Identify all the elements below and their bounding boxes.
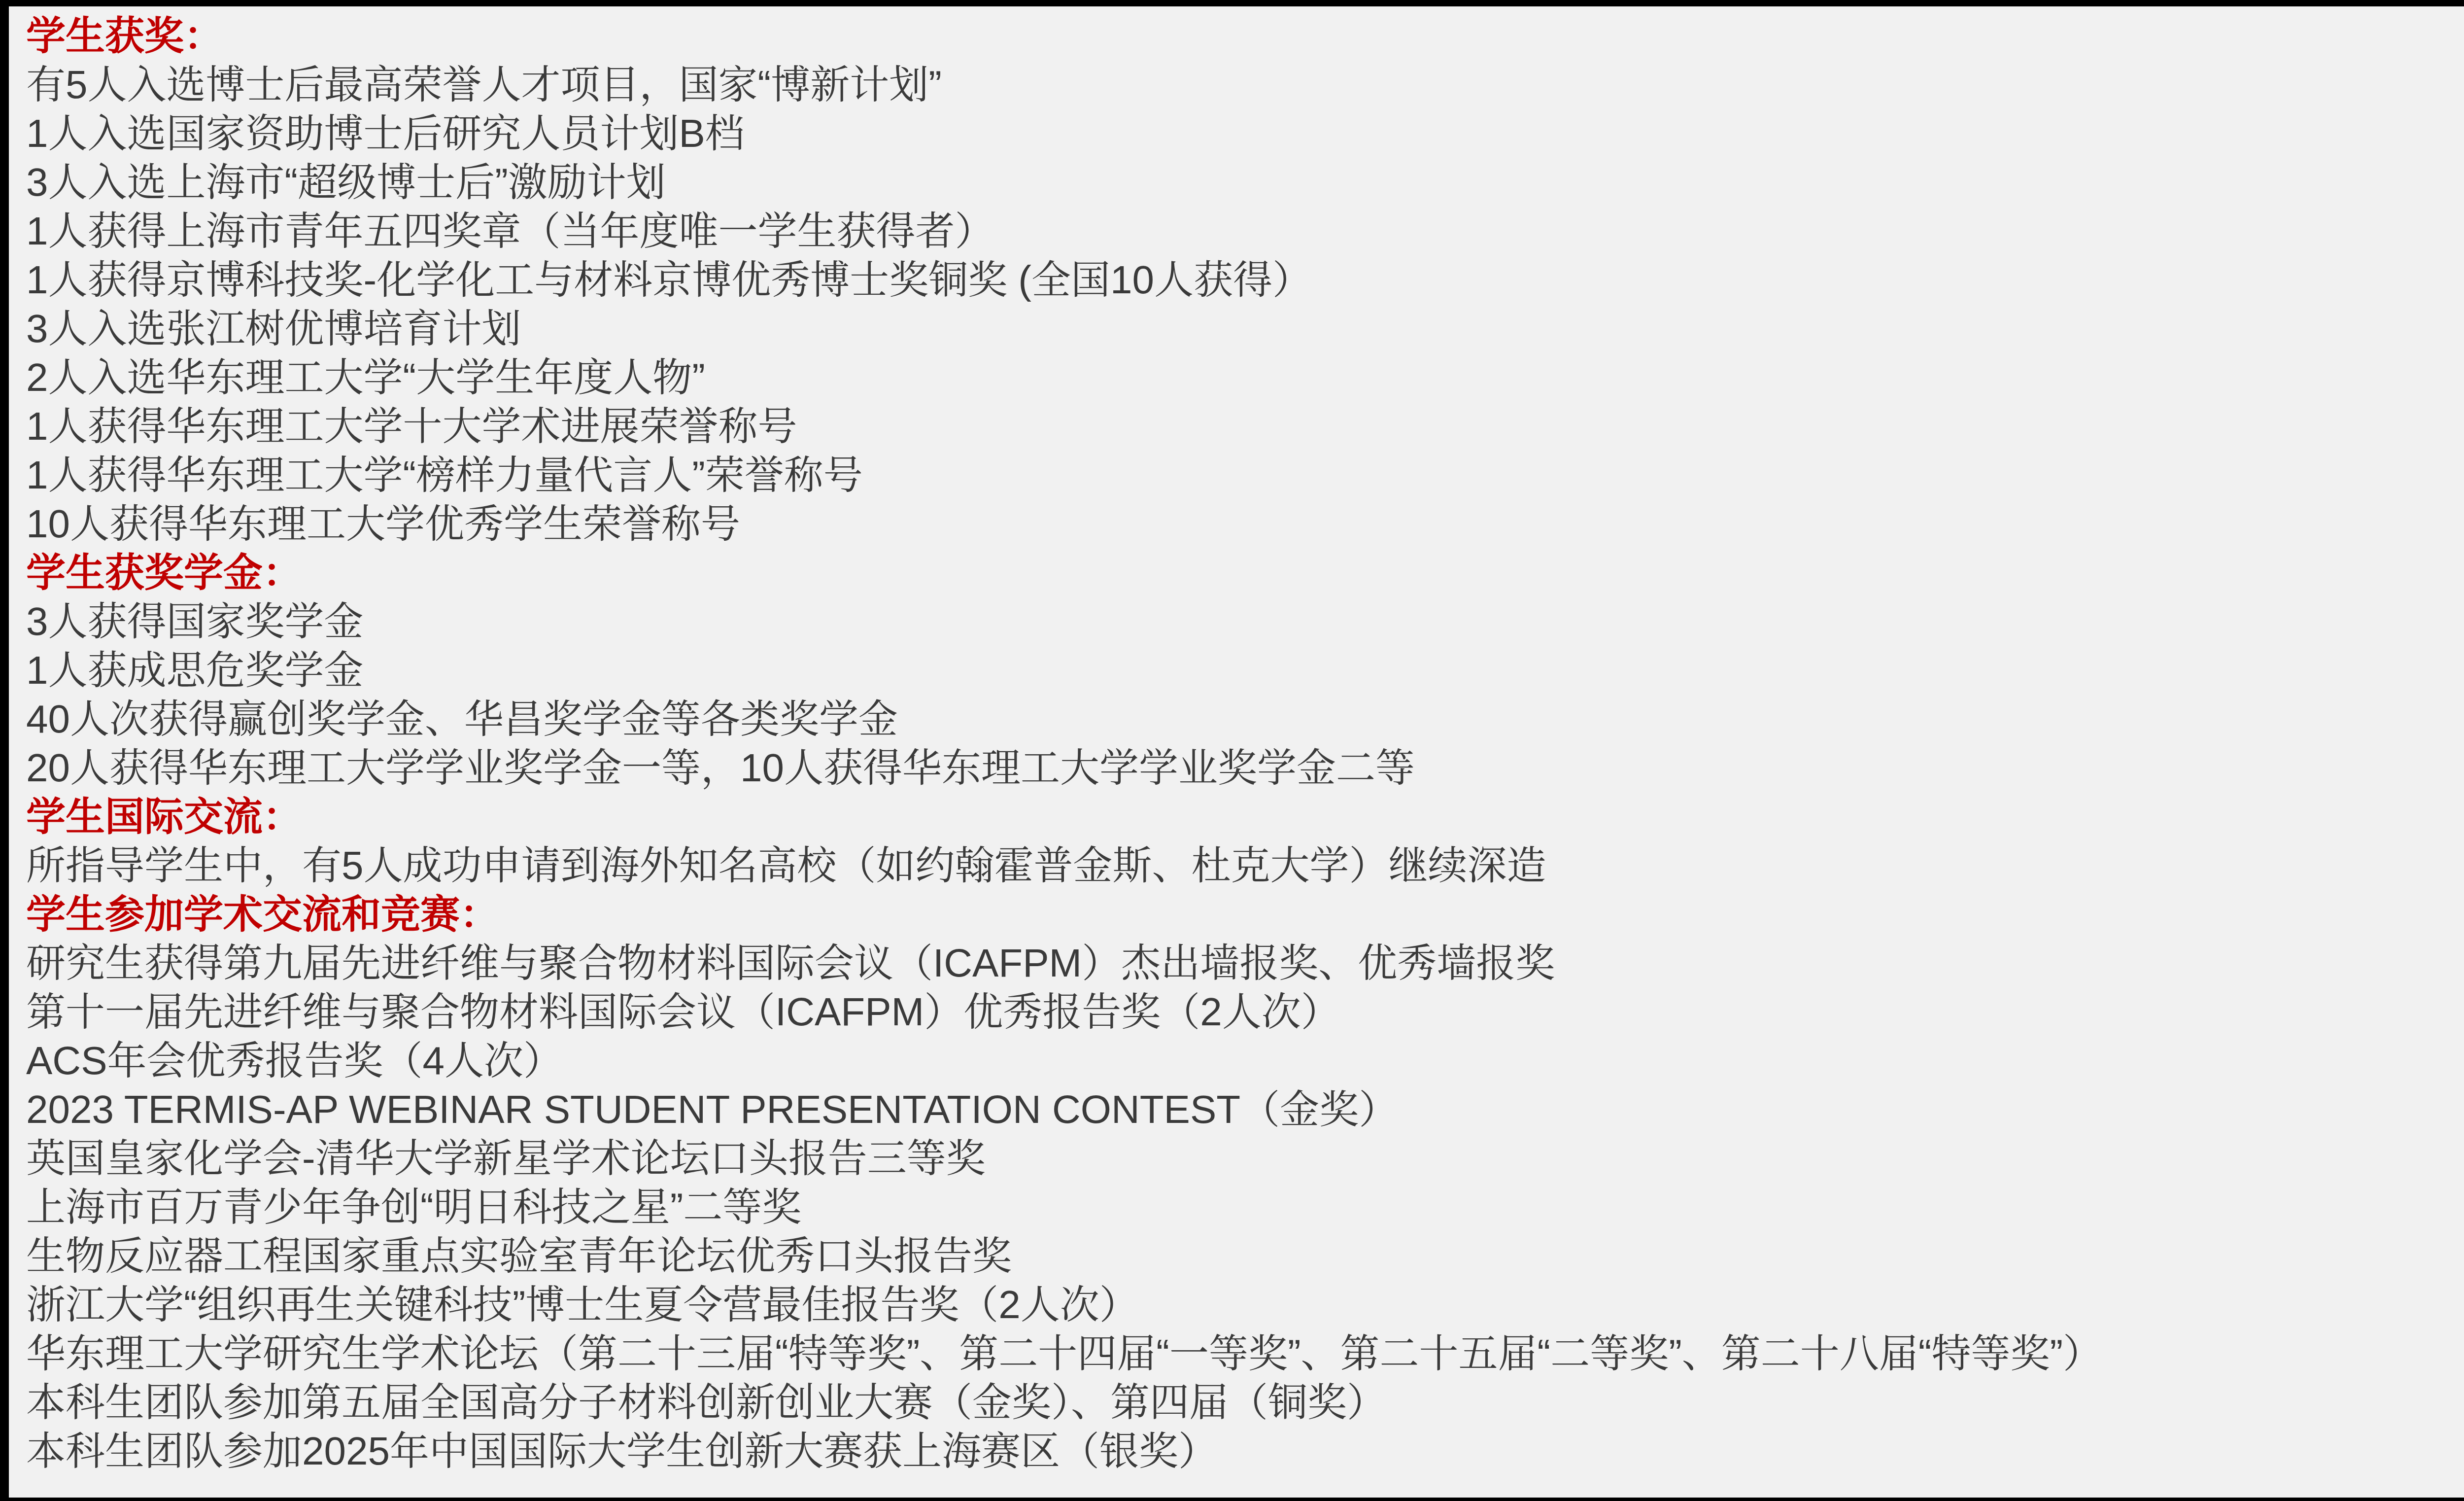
award-item: 本科生团队参加第五届全国高分子材料创新创业大赛（金奖）、第四届（铜奖）: [26, 1378, 2464, 1427]
award-item: 1人获得华东理工大学十大学术进展荣誉称号: [26, 402, 2464, 451]
award-item: 浙江大学“组织再生关键科技”博士生夏令营最佳报告奖（2人次）: [26, 1280, 2464, 1329]
award-item: 1人获成思危奖学金: [26, 646, 2464, 695]
student-awards-text-block: 学生获奖：有5人入选博士后最高荣誉人才项目，国家“博新计划”1人入选国家资助博士…: [9, 6, 2464, 1475]
award-item: 20人获得华东理工大学学业奖学金一等，10人获得华东理工大学学业奖学金二等: [26, 743, 2464, 792]
award-item: 3人获得国家奖学金: [26, 597, 2464, 646]
award-item: 本科生团队参加2025年中国国际大学生创新大赛获上海赛区（银奖）: [26, 1427, 2464, 1475]
award-item: 英国皇家化学会-清华大学新星学术论坛口头报告三等奖: [26, 1134, 2464, 1183]
section-header: 学生获奖：: [26, 11, 2464, 60]
award-item: 3人入选上海市“超级博士后”激励计划: [26, 158, 2464, 207]
section-header: 学生参加学术交流和竞赛：: [26, 890, 2464, 939]
award-item: ACS年会优秀报告奖（4人次）: [26, 1036, 2464, 1085]
award-item: 2023 TERMIS-AP WEBINAR STUDENT PRESENTAT…: [26, 1085, 2464, 1134]
award-item: 1人获得京博科技奖-化学化工与材料京博优秀博士奖铜奖 (全国10人获得）: [26, 255, 2464, 304]
award-item: 1人入选国家资助博士后研究人员计划B档: [26, 109, 2464, 158]
award-item: 第十一届先进纤维与聚合物材料国际会议（ICAFPM）优秀报告奖（2人次）: [26, 987, 2464, 1036]
award-item: 有5人入选博士后最高荣誉人才项目，国家“博新计划”: [26, 60, 2464, 109]
award-item: 研究生获得第九届先进纤维与聚合物材料国际会议（ICAFPM）杰出墙报奖、优秀墙报…: [26, 939, 2464, 987]
section-header: 学生获奖学金：: [26, 548, 2464, 597]
award-item: 华东理工大学研究生学术论坛（第二十三届“特等奖”、第二十四届“一等奖”、第二十五…: [26, 1329, 2464, 1378]
award-item: 生物反应器工程国家重点实验室青年论坛优秀口头报告奖: [26, 1231, 2464, 1280]
award-item: 2人入选华东理工大学“大学生年度人物”: [26, 353, 2464, 402]
award-item: 10人获得华东理工大学优秀学生荣誉称号: [26, 499, 2464, 548]
screenshot-frame: 学生获奖：有5人入选博士后最高荣誉人才项目，国家“博新计划”1人入选国家资助博士…: [0, 0, 2464, 1501]
award-item: 1人获得华东理工大学“榜样力量代言人”荣誉称号: [26, 451, 2464, 499]
section-header: 学生国际交流：: [26, 792, 2464, 841]
award-item: 所指导学生中，有5人成功申请到海外知名高校（如约翰霍普金斯、杜克大学）继续深造: [26, 841, 2464, 890]
award-item: 3人入选张江树优博培育计划: [26, 304, 2464, 353]
award-item: 40人次获得赢创奖学金、华昌奖学金等各类奖学金: [26, 695, 2464, 743]
award-item: 1人获得上海市青年五四奖章（当年度唯一学生获得者）: [26, 207, 2464, 255]
award-item: 上海市百万青少年争创“明日科技之星”二等奖: [26, 1183, 2464, 1231]
